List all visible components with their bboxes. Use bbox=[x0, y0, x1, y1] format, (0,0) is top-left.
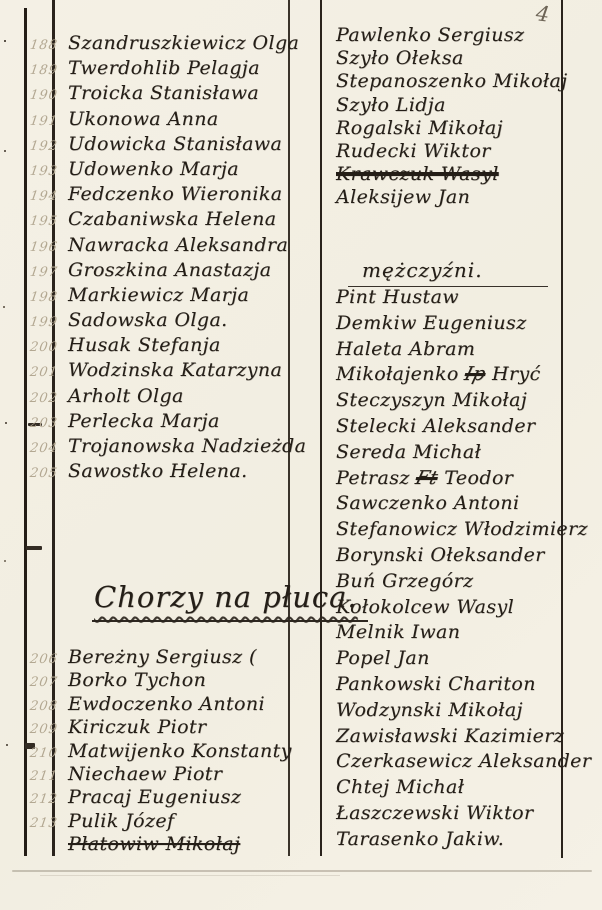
entry-number: 212 bbox=[29, 792, 61, 807]
entry-number: 197 bbox=[29, 265, 61, 280]
name-entry: 200Husak Stefanja bbox=[30, 334, 310, 359]
name-entry: 192Udowicka Stanisława bbox=[30, 133, 310, 158]
entry-name: Demkiw Eugeniusz bbox=[336, 312, 527, 334]
entry-name-struck-through: Krawczuk Wasyl bbox=[336, 163, 499, 185]
entry-name: Markiewicz Marja bbox=[60, 284, 249, 306]
entry-name: Pint Hustaw bbox=[336, 286, 459, 308]
name-entry: Stelecki Aleksander bbox=[336, 415, 576, 441]
entry-name: Borynski Ołeksander bbox=[336, 544, 545, 566]
name-entry: 211Niechaew Piotr bbox=[30, 763, 310, 786]
margin-tick-mark bbox=[26, 546, 42, 550]
entry-number: 208 bbox=[29, 699, 61, 714]
entry-name: Kiriczuk Piotr bbox=[60, 716, 207, 738]
entry-number: 193 bbox=[29, 164, 61, 179]
entry-name: Szandruszkiewicz Olga bbox=[60, 32, 299, 54]
name-entry: 201Wodzinska Katarzyna bbox=[30, 359, 310, 384]
entry-number: 194 bbox=[29, 189, 61, 204]
entry-name: Szyło Ołeksa bbox=[336, 47, 464, 69]
paper-edge-specks bbox=[4, 40, 6, 42]
entry-number: 206 bbox=[29, 652, 61, 667]
entry-name: Wodzynski Mikołaj bbox=[336, 699, 523, 721]
entry-name: Popel Jan bbox=[336, 647, 430, 669]
name-entry: Demkiw Eugeniusz bbox=[336, 312, 576, 338]
entry-number: 201 bbox=[29, 365, 61, 380]
entry-name: Sawczenko Antoni bbox=[336, 492, 519, 514]
entry-name: Buń Grzegórz bbox=[336, 570, 474, 592]
name-entry: 194Fedczenko Wieronika bbox=[30, 183, 310, 208]
name-entry: 189Twerdohlib Pelagja bbox=[30, 57, 310, 82]
entry-name: Czerkasewicz Aleksander bbox=[336, 750, 591, 772]
entry-name: Stelecki Aleksander bbox=[336, 415, 535, 437]
entry-name: Niechaew Piotr bbox=[60, 763, 222, 785]
right-column-section2: Pint HustawDemkiw EugeniuszHaleta AbramM… bbox=[336, 286, 576, 854]
name-entry: Haleta Abram bbox=[336, 338, 576, 364]
crossed-out-word: Ip bbox=[462, 363, 488, 385]
name-entry: 213Pulik Józef bbox=[30, 810, 310, 833]
entry-name: Husak Stefanja bbox=[60, 334, 221, 356]
section-heading-chorzy-na-pluca: Chorzy na płuca. bbox=[92, 580, 368, 622]
entry-name-part: Hryć bbox=[486, 363, 541, 385]
bottom-smudge-line-faint bbox=[40, 875, 340, 876]
entry-name: Fedczenko Wieronika bbox=[60, 183, 282, 205]
name-entry: Szyło Lidja bbox=[336, 94, 566, 117]
name-entry: 188Szandruszkiewicz Olga bbox=[30, 32, 310, 57]
entry-name: Groszkina Anastazja bbox=[60, 259, 271, 281]
entry-name: Zawisławski Kazimierz bbox=[336, 725, 564, 747]
name-entry: Szyło Ołeksa bbox=[336, 47, 566, 70]
name-entry: Pankowski Chariton bbox=[336, 673, 576, 699]
bottom-smudge-line bbox=[12, 870, 592, 872]
entry-name: Szyło Lidja bbox=[336, 94, 446, 116]
entry-number: 211 bbox=[29, 769, 61, 784]
entry-name: Chtej Michał bbox=[336, 776, 464, 798]
right-column-section1: Pawlenko SergiuszSzyło OłeksaStepanoszen… bbox=[336, 24, 566, 210]
entry-name: Bereżny Sergiusz ( bbox=[60, 646, 257, 668]
name-entry: Tarasenko Jakiw. bbox=[336, 828, 576, 854]
entry-number: 203 bbox=[29, 416, 61, 431]
entry-number: 209 bbox=[29, 722, 61, 737]
entry-name: Steczyszyn Mikołaj bbox=[336, 389, 527, 411]
entry-number: 199 bbox=[29, 315, 61, 330]
entry-name: Tarasenko Jakiw. bbox=[336, 828, 504, 850]
entry-number: 213 bbox=[29, 816, 61, 831]
name-entry: 195Czabaniwska Helena bbox=[30, 208, 310, 233]
name-entry: Krawczuk Wasyl bbox=[336, 163, 566, 186]
entry-name: Perlecka Marja bbox=[60, 410, 220, 432]
name-entry: Stefanowicz Włodzimierz bbox=[336, 518, 576, 544]
name-entry: 203Perlecka Marja bbox=[30, 410, 310, 435]
entry-number: 200 bbox=[29, 340, 61, 355]
entry-name: Udowenko Marja bbox=[60, 158, 239, 180]
name-entry: Melnik Iwan bbox=[336, 621, 576, 647]
name-entry: 208Ewdoczenko Antoni bbox=[30, 693, 310, 716]
left-column-section2: 206Bereżny Sergiusz (207Borko Tychon208E… bbox=[30, 646, 310, 857]
name-entry: Rudecki Wiktor bbox=[336, 140, 566, 163]
entry-number: 191 bbox=[29, 114, 61, 129]
name-entry: Kołokolcew Wasyl bbox=[336, 596, 576, 622]
crossed-out-word: Ft bbox=[413, 467, 440, 489]
name-entry: Petrasz Ft Teodor bbox=[336, 467, 576, 493]
name-entry: Stepanoszenko Mikołaj bbox=[336, 70, 566, 93]
entry-number: 210 bbox=[29, 746, 61, 761]
name-entry: Aleksijew Jan bbox=[336, 186, 566, 209]
entry-name: Rudecki Wiktor bbox=[336, 140, 491, 162]
name-entry: 209Kiriczuk Piotr bbox=[30, 716, 310, 739]
entry-name: Pracaj Eugeniusz bbox=[60, 786, 241, 808]
entry-name: Wodzinska Katarzyna bbox=[60, 359, 282, 381]
entry-number: 188 bbox=[29, 38, 61, 53]
entry-name: Haleta Abram bbox=[336, 338, 475, 360]
name-entry: 198Markiewicz Marja bbox=[30, 284, 310, 309]
entry-name: Pankowski Chariton bbox=[336, 673, 536, 695]
entry-name: Borko Tychon bbox=[60, 669, 206, 691]
entry-number: 190 bbox=[29, 88, 61, 103]
left-column-section1: 188Szandruszkiewicz Olga189Twerdohlib Pe… bbox=[30, 32, 310, 485]
name-entry: 202Arholt Olga bbox=[30, 385, 310, 410]
entry-number: 207 bbox=[29, 675, 61, 690]
entry-number: 204 bbox=[29, 441, 61, 456]
name-entry: Borynski Ołeksander bbox=[336, 544, 576, 570]
entry-number: 192 bbox=[29, 139, 61, 154]
name-entry: Pawlenko Sergiusz bbox=[336, 24, 566, 47]
entry-name: Petrasz Ft Teodor bbox=[336, 467, 513, 489]
section-heading-mezczyzni: mężczyźni. bbox=[348, 258, 548, 287]
entry-number: 195 bbox=[29, 214, 61, 229]
name-entry: Płatowiw Mikołaj bbox=[30, 833, 310, 856]
name-entry: 210Matwijenko Konstanty bbox=[30, 740, 310, 763]
entry-name: Matwijenko Konstanty bbox=[60, 740, 292, 762]
name-entry: Łaszczewski Wiktor bbox=[336, 802, 576, 828]
name-entry: Steczyszyn Mikołaj bbox=[336, 389, 576, 415]
name-entry: 204Trojanowska Nadzieżda bbox=[30, 435, 310, 460]
entry-name: Twerdohlib Pelagja bbox=[60, 57, 260, 79]
entry-name-struck-through: Płatowiw Mikołaj bbox=[60, 833, 240, 855]
entry-name: Ukonowa Anna bbox=[60, 108, 219, 130]
entry-number: 202 bbox=[29, 391, 61, 406]
name-entry: 199Sadowska Olga. bbox=[30, 309, 310, 334]
entry-name: Mikołajenko Ip Hryć bbox=[336, 363, 541, 385]
name-entry: 193Udowenko Marja bbox=[30, 158, 310, 183]
name-entry: Mikołajenko Ip Hryć bbox=[336, 363, 576, 389]
entry-name: Sereda Michał bbox=[336, 441, 481, 463]
name-entry: Czerkasewicz Aleksander bbox=[336, 750, 576, 776]
entry-name: Stepanoszenko Mikołaj bbox=[336, 70, 568, 92]
name-entry: Sereda Michał bbox=[336, 441, 576, 467]
name-entry: 212Pracaj Eugeniusz bbox=[30, 786, 310, 809]
ruled-line-outer-left bbox=[24, 8, 27, 856]
entry-name-part: Petrasz bbox=[336, 467, 416, 489]
name-entry: Popel Jan bbox=[336, 647, 576, 673]
entry-number: 189 bbox=[29, 63, 61, 78]
name-entry: 196Nawracka Aleksandra bbox=[30, 234, 310, 259]
entry-name: Ewdoczenko Antoni bbox=[60, 693, 265, 715]
entry-name: Czabaniwska Helena bbox=[60, 208, 276, 230]
name-entry: 205Sawostko Helena. bbox=[30, 460, 310, 485]
entry-name: Aleksijew Jan bbox=[336, 186, 470, 208]
entry-name: Stefanowicz Włodzimierz bbox=[336, 518, 588, 540]
name-entry: Zawisławski Kazimierz bbox=[336, 725, 576, 751]
name-entry: Buń Grzegórz bbox=[336, 570, 576, 596]
entry-name: Melnik Iwan bbox=[336, 621, 460, 643]
entry-name: Sawostko Helena. bbox=[60, 460, 248, 482]
entry-name: Udowicka Stanisława bbox=[60, 133, 282, 155]
name-entry: 206Bereżny Sergiusz ( bbox=[30, 646, 310, 669]
entry-name: Troicka Stanisława bbox=[60, 82, 259, 104]
entry-name: Pulik Józef bbox=[60, 810, 174, 832]
entry-name: Pawlenko Sergiusz bbox=[336, 24, 524, 46]
name-entry: Chtej Michał bbox=[336, 776, 576, 802]
name-entry: Wodzynski Mikołaj bbox=[336, 699, 576, 725]
name-entry: Sawczenko Antoni bbox=[336, 492, 576, 518]
entry-name: Kołokolcew Wasyl bbox=[336, 596, 514, 618]
ruled-line-column-divider-right bbox=[320, 0, 322, 856]
name-entry: 197Groszkina Anastazja bbox=[30, 259, 310, 284]
name-entry: 207Borko Tychon bbox=[30, 669, 310, 692]
name-entry: Rogalski Mikołaj bbox=[336, 117, 566, 140]
entry-name: Nawracka Aleksandra bbox=[60, 234, 288, 256]
entry-number: 205 bbox=[29, 466, 61, 481]
entry-number: 196 bbox=[29, 240, 61, 255]
entry-name-part: Mikołajenko bbox=[336, 363, 465, 385]
entry-name: Sadowska Olga. bbox=[60, 309, 228, 331]
entry-name: Łaszczewski Wiktor bbox=[336, 802, 533, 824]
entry-name-part: Teodor bbox=[438, 467, 513, 489]
name-entry: 191Ukonowa Anna bbox=[30, 108, 310, 133]
entry-name: Trojanowska Nadzieżda bbox=[60, 435, 306, 457]
entry-name: Arholt Olga bbox=[60, 385, 184, 407]
entry-name: Rogalski Mikołaj bbox=[336, 117, 503, 139]
name-entry: 190Troicka Stanisława bbox=[30, 82, 310, 107]
entry-number: 198 bbox=[29, 290, 61, 305]
name-entry: Pint Hustaw bbox=[336, 286, 576, 312]
